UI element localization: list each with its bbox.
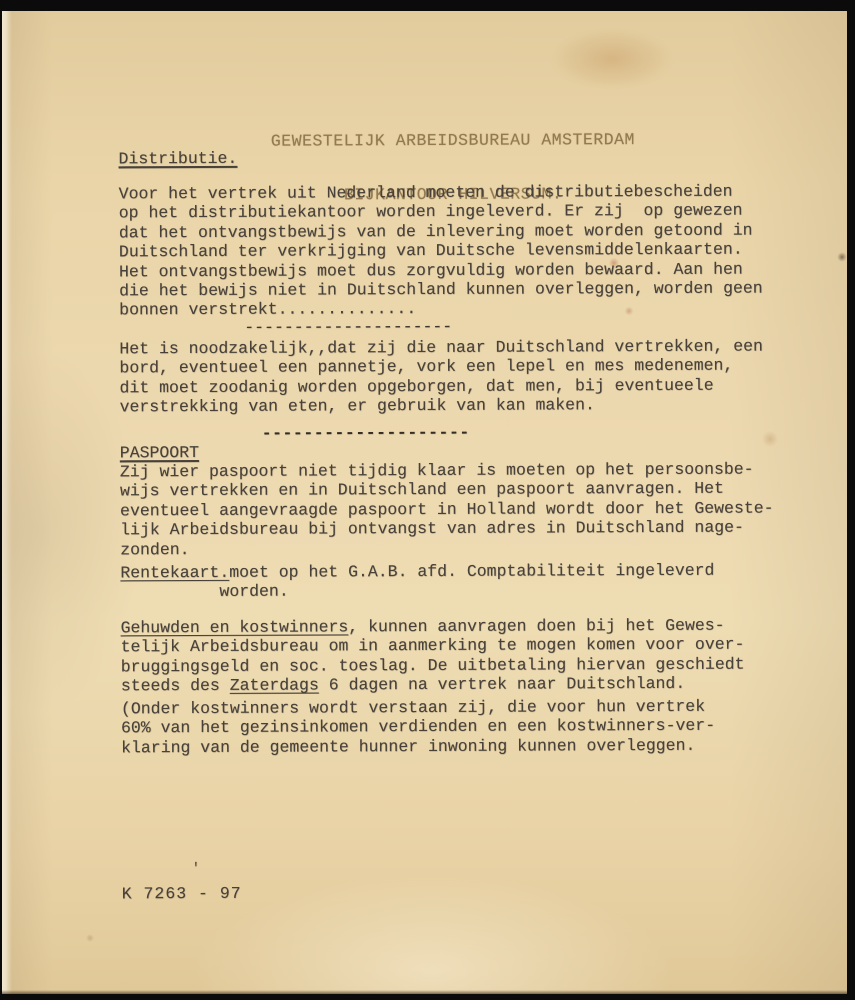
text-line: die het bewijs niet in Duitschland kunne… (119, 279, 763, 301)
print-code: K 7263 - 97 (122, 884, 242, 904)
text-line: dit moet zoodanig worden opgeborgen, dat… (119, 375, 763, 397)
paragraph-kostwinners-note: (Onder kostwinners wordt verstaan zij, d… (121, 697, 715, 758)
paragraph-distributie: Voor het vertrek uit Nederland moeten de… (119, 182, 763, 321)
text-line: Duitschland ter verkrijging van Duitsche… (119, 240, 763, 262)
heading-paspoort: PASPOORT (120, 443, 199, 463)
text-line: 60% van het gezinsinkomen verdienden en … (121, 716, 715, 738)
text-line: op het distributiekantoor worden ingelev… (119, 201, 763, 223)
text-line: lijk Arbeidsbureau bij ontvangst van adr… (120, 518, 774, 540)
text-line: Rentekaart.moet op het G.A.B. afd. Compt… (120, 561, 714, 583)
ink-speck: ' (192, 860, 200, 879)
page-content: GEWESTELIJK ARBEIDSBUREAU AMSTERDAM BIJK… (0, 9, 849, 996)
text-line: bord, eventueel een pannetje, vork een l… (119, 356, 763, 378)
paper-sheet: GEWESTELIJK ARBEIDSBUREAU AMSTERDAM BIJK… (2, 11, 847, 994)
text-line: steeds des Zaterdags 6 dagen na vertrek … (121, 674, 745, 696)
scanned-document: GEWESTELIJK ARBEIDSBUREAU AMSTERDAM BIJK… (0, 0, 855, 1000)
paragraph-eetgerei: Het is noodzakelijk,,dat zij die naar Du… (119, 337, 763, 417)
paragraph-paspoort: Zij wier paspoort niet tijdig klaar is m… (120, 459, 774, 559)
dashed-separator-1: --------------------- (244, 317, 452, 337)
heading-distributie: Distributie. (118, 149, 237, 169)
text-line: verstrekking van eten, er gebruik van ka… (120, 395, 764, 417)
paragraph-gehuwden: Gehuwden en kostwinners, kunnen aanvrage… (121, 616, 745, 696)
text-line: worden. (120, 580, 714, 602)
text-line: zonden. (120, 537, 774, 559)
paragraph-rentekaart: Rentekaart.moet op het G.A.B. afd. Compt… (120, 561, 714, 602)
dashed-separator-2: -------------------- (262, 423, 470, 443)
text-line: (Onder kostwinners wordt verstaan zij, d… (121, 697, 715, 719)
text-line: wijs vertrekken en in Duitschland een pa… (120, 479, 774, 501)
text-line: bruggingsgeld en soc. toeslag. De uitbet… (121, 654, 745, 676)
text-line: Gehuwden en kostwinners, kunnen aanvrage… (121, 616, 745, 638)
text-line: klaring van de gemeente hunner inwoning … (121, 736, 715, 758)
text-line: telijk Arbeidsbureau om in aanmerking te… (121, 635, 745, 657)
